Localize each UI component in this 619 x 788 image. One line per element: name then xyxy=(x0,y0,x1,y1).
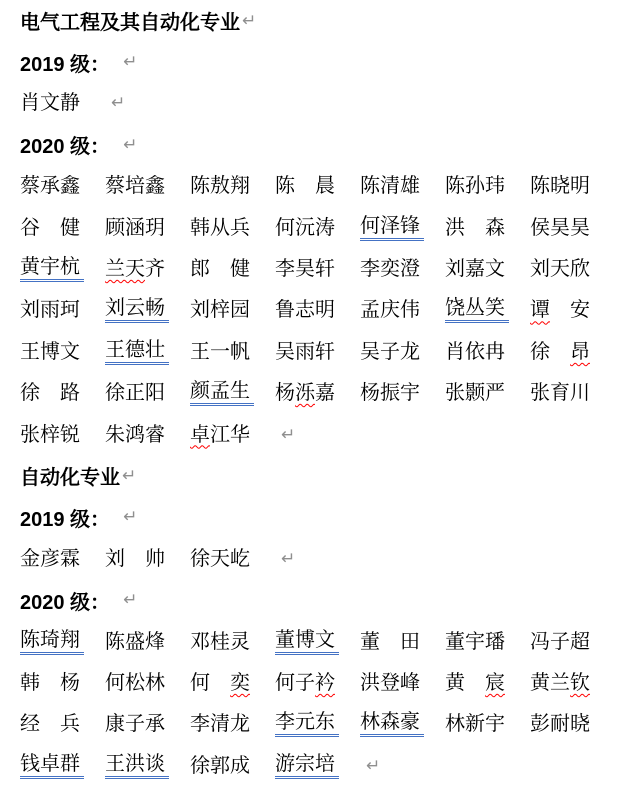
student-name: 王洪谈 xyxy=(105,753,169,779)
student-name: 徐正阳 xyxy=(105,382,169,404)
student-name: 邓桂灵 xyxy=(190,631,254,653)
student-name: 董 田 xyxy=(360,631,424,653)
student-name: 肖文静 xyxy=(20,92,84,114)
class-year-line: 2020 级：↵ xyxy=(20,124,611,165)
name-row: 刘雨珂刘云畅刘梓园鲁志明孟庆伟饶丛笑谭 安 xyxy=(20,290,611,331)
name-row: 张梓锐朱鸿睿卓江华↵ xyxy=(20,414,611,455)
name-text: 韩从兵 xyxy=(190,217,250,239)
name-text: 何泽锋 xyxy=(360,215,420,237)
section-title: 电气工程及其自动化专业 xyxy=(20,6,240,35)
student-name: 吴雨轩 xyxy=(275,341,339,363)
student-name: 王博文 xyxy=(20,341,84,363)
name-text: 孟庆伟 xyxy=(360,299,420,321)
name-text: 陈敖翔 xyxy=(190,175,250,197)
student-name: 李奕澄 xyxy=(360,258,424,280)
name-text: 徐 xyxy=(530,341,570,363)
spellcheck-squiggle-text: 卓 xyxy=(190,424,210,446)
paragraph-mark-icon: ↵ xyxy=(123,135,137,155)
name-row: 谷 健顾涵玥韩从兵何沅涛何泽锋洪 森侯昊昊 xyxy=(20,207,611,248)
name-text: 何沅涛 xyxy=(275,217,335,239)
name-text: 李元东 xyxy=(275,711,335,733)
name-row: 钱卓群王洪谈徐郭成游宗培↵ xyxy=(20,745,611,786)
student-name: 林森豪 xyxy=(360,711,424,737)
paragraph-mark-icon: ↵ xyxy=(123,590,137,610)
student-name: 陈 晨 xyxy=(275,175,339,197)
spellcheck-squiggle-text: 衿 xyxy=(315,672,335,694)
name-text: 经 兵 xyxy=(20,713,80,735)
name-text: 陈晓明 xyxy=(530,175,590,197)
spellcheck-squiggle-text: 奕 xyxy=(230,672,250,694)
name-text: 黄宇杭 xyxy=(20,256,80,278)
name-text: 何子 xyxy=(275,672,315,694)
name-text: 黄 xyxy=(445,672,485,694)
name-text: 刘云畅 xyxy=(105,297,165,319)
student-name: 陈琦翔 xyxy=(20,629,84,655)
class-year-label: 2020 级： xyxy=(20,586,110,615)
name-text: 陈 晨 xyxy=(275,175,335,197)
student-name: 徐 昂 xyxy=(530,341,594,363)
spellcheck-squiggle-text: 宸 xyxy=(485,672,505,694)
paragraph-mark-icon: ↵ xyxy=(123,507,137,527)
name-text: 朱鸿睿 xyxy=(105,424,165,446)
student-name: 徐天屹 xyxy=(190,548,254,570)
student-name: 谷 健 xyxy=(20,217,84,239)
name-text: 董博文 xyxy=(275,629,335,651)
name-text: 游宗培 xyxy=(275,753,335,775)
name-row: 王博文王德壮王一帆吴雨轩吴子龙肖依冉徐 昂 xyxy=(20,331,611,372)
name-text: 郎 健 xyxy=(190,258,250,280)
student-name: 鲁志明 xyxy=(275,299,339,321)
student-name: 何松林 xyxy=(105,672,169,694)
student-name: 蔡承鑫 xyxy=(20,175,84,197)
name-text: 吴子龙 xyxy=(360,341,420,363)
name-text: 顾涵玥 xyxy=(105,217,165,239)
name-text: 张育川 xyxy=(530,382,590,404)
paragraph-mark-icon: ↵ xyxy=(122,466,136,486)
name-text: 张颢严 xyxy=(445,382,505,404)
student-name: 金彦霖 xyxy=(20,548,84,570)
name-row: 韩 杨何松林何 奕何子衿洪登峰黄 宸黄兰钦 xyxy=(20,662,611,703)
student-name: 林新宇 xyxy=(445,713,509,735)
student-name: 韩 杨 xyxy=(20,672,84,694)
student-name: 康子承 xyxy=(105,713,169,735)
student-name: 何泽锋 xyxy=(360,215,424,241)
student-name: 李昊轩 xyxy=(275,258,339,280)
name-text: 王一帆 xyxy=(190,341,250,363)
name-text: 李昊轩 xyxy=(275,258,335,280)
name-text: 冯子超 xyxy=(530,631,590,653)
name-text: 谷 健 xyxy=(20,217,80,239)
name-text: 安 xyxy=(550,299,590,321)
student-name: 张颢严 xyxy=(445,382,509,404)
student-name: 陈清雄 xyxy=(360,175,424,197)
name-row: 黄宇杭兰天齐郎 健李昊轩李奕澄刘嘉文刘天欣 xyxy=(20,248,611,289)
student-name: 陈孙玮 xyxy=(445,175,509,197)
name-text: 徐正阳 xyxy=(105,382,165,404)
name-text: 刘雨珂 xyxy=(20,299,80,321)
name-text: 徐郭成 xyxy=(190,755,250,777)
name-text: 侯昊昊 xyxy=(530,217,590,239)
name-text: 颜孟生 xyxy=(190,380,250,402)
name-text: 康子承 xyxy=(105,713,165,735)
name-text: 齐 xyxy=(145,258,165,280)
student-name: 黄 宸 xyxy=(445,672,509,694)
student-name: 张育川 xyxy=(530,382,594,404)
student-name: 侯昊昊 xyxy=(530,217,594,239)
name-text: 陈琦翔 xyxy=(20,629,80,651)
name-text: 林新宇 xyxy=(445,713,505,735)
student-name: 郎 健 xyxy=(190,258,254,280)
class-year-line: 2019 级：↵ xyxy=(20,41,611,82)
student-name: 王一帆 xyxy=(190,341,254,363)
name-text: 董 田 xyxy=(360,631,420,653)
paragraph-mark-icon: ↵ xyxy=(281,425,295,445)
name-text: 林森豪 xyxy=(360,711,420,733)
name-text: 刘 帅 xyxy=(105,548,165,570)
student-name: 何沅涛 xyxy=(275,217,339,239)
student-name: 肖依冉 xyxy=(445,341,509,363)
name-row: 金彦霖刘 帅徐天屹↵ xyxy=(20,538,611,579)
student-name: 吴子龙 xyxy=(360,341,424,363)
name-text: 饶丛笑 xyxy=(445,297,505,319)
name-text: 张梓锐 xyxy=(20,424,80,446)
student-name: 刘天欣 xyxy=(530,258,594,280)
name-text: 杨 xyxy=(275,382,295,404)
student-name: 朱鸿睿 xyxy=(105,424,169,446)
name-text: 肖依冉 xyxy=(445,341,505,363)
student-name: 李元东 xyxy=(275,711,339,737)
student-name: 杨振宇 xyxy=(360,382,424,404)
name-text: 刘天欣 xyxy=(530,258,590,280)
student-name: 颜孟生 xyxy=(190,380,254,406)
name-text: 江华 xyxy=(210,424,250,446)
student-name: 董宇璠 xyxy=(445,631,509,653)
student-name: 刘 帅 xyxy=(105,548,169,570)
student-name: 徐郭成 xyxy=(190,755,254,777)
class-year-label: 2019 级： xyxy=(20,48,110,77)
student-name: 黄兰钦 xyxy=(530,672,594,694)
name-text: 刘梓园 xyxy=(190,299,250,321)
name-text: 王德壮 xyxy=(105,339,165,361)
name-row: 陈琦翔陈盛烽邓桂灵董博文董 田董宇璠冯子超 xyxy=(20,621,611,662)
name-text: 嘉 xyxy=(315,382,335,404)
name-text: 邓桂灵 xyxy=(190,631,250,653)
name-text: 陈盛烽 xyxy=(105,631,165,653)
name-text: 董宇璠 xyxy=(445,631,505,653)
student-name: 经 兵 xyxy=(20,713,84,735)
name-text: 钱卓群 xyxy=(20,753,80,775)
student-name: 董博文 xyxy=(275,629,339,655)
name-text: 李清龙 xyxy=(190,713,250,735)
name-text: 鲁志明 xyxy=(275,299,335,321)
section-title: 自动化专业 xyxy=(20,461,120,490)
name-text: 何 xyxy=(190,672,230,694)
student-name: 卓江华 xyxy=(190,424,254,446)
name-text: 陈孙玮 xyxy=(445,175,505,197)
student-name: 彭耐晓 xyxy=(530,713,594,735)
student-name: 张梓锐 xyxy=(20,424,84,446)
spellcheck-squiggle-text: 泺 xyxy=(295,382,315,404)
name-text: 洪登峰 xyxy=(360,672,420,694)
document[interactable]: 电气工程及其自动化专业↵2019 级：↵肖文静↵2020 级：↵蔡承鑫蔡培鑫陈敖… xyxy=(0,0,619,788)
student-name: 王德壮 xyxy=(105,339,169,365)
name-text: 王洪谈 xyxy=(105,753,165,775)
name-text: 洪 森 xyxy=(445,217,505,239)
student-name: 韩从兵 xyxy=(190,217,254,239)
student-name: 孟庆伟 xyxy=(360,299,424,321)
student-name: 洪 森 xyxy=(445,217,509,239)
paragraph-mark-icon: ↵ xyxy=(366,756,380,776)
name-text: 杨振宇 xyxy=(360,382,420,404)
name-text: 王博文 xyxy=(20,341,80,363)
spellcheck-squiggle-text: 谭 xyxy=(530,299,550,321)
student-name: 刘云畅 xyxy=(105,297,169,323)
student-name: 陈盛烽 xyxy=(105,631,169,653)
paragraph-mark-icon: ↵ xyxy=(281,549,295,569)
class-year-label: 2020 级： xyxy=(20,130,110,159)
spellcheck-squiggle-text: 兰天 xyxy=(105,258,145,280)
name-row: 经 兵康子承李清龙李元东林森豪林新宇彭耐晓 xyxy=(20,704,611,745)
student-name: 饶丛笑 xyxy=(445,297,509,323)
class-year-label: 2019 级： xyxy=(20,503,110,532)
name-row: 肖文静↵ xyxy=(20,83,611,124)
spellcheck-squiggle-text: 昂 xyxy=(570,341,590,363)
student-name: 冯子超 xyxy=(530,631,594,653)
student-name: 钱卓群 xyxy=(20,753,84,779)
student-name: 李清龙 xyxy=(190,713,254,735)
student-name: 何子衿 xyxy=(275,672,339,694)
section-title-line: 电气工程及其自动化专业↵ xyxy=(20,0,611,41)
name-text: 肖文静 xyxy=(20,92,80,114)
student-name: 兰天齐 xyxy=(105,258,169,280)
name-text: 蔡培鑫 xyxy=(105,175,165,197)
student-name: 杨泺嘉 xyxy=(275,382,339,404)
student-name: 何 奕 xyxy=(190,672,254,694)
name-text: 刘嘉文 xyxy=(445,258,505,280)
name-row: 蔡承鑫蔡培鑫陈敖翔陈 晨陈清雄陈孙玮陈晓明 xyxy=(20,166,611,207)
name-text: 李奕澄 xyxy=(360,258,420,280)
student-name: 刘嘉文 xyxy=(445,258,509,280)
class-year-line: 2019 级：↵ xyxy=(20,497,611,538)
name-text: 黄兰 xyxy=(530,672,570,694)
student-name: 洪登峰 xyxy=(360,672,424,694)
name-text: 吴雨轩 xyxy=(275,341,335,363)
name-text: 韩 杨 xyxy=(20,672,80,694)
student-name: 陈晓明 xyxy=(530,175,594,197)
student-name: 谭 安 xyxy=(530,299,594,321)
student-name: 陈敖翔 xyxy=(190,175,254,197)
name-text: 蔡承鑫 xyxy=(20,175,80,197)
name-text: 何松林 xyxy=(105,672,165,694)
name-text: 徐天屹 xyxy=(190,548,250,570)
paragraph-mark-icon: ↵ xyxy=(123,52,137,72)
student-name: 蔡培鑫 xyxy=(105,175,169,197)
student-name: 黄宇杭 xyxy=(20,256,84,282)
name-text: 彭耐晓 xyxy=(530,713,590,735)
name-text: 陈清雄 xyxy=(360,175,420,197)
student-name: 徐 路 xyxy=(20,382,84,404)
student-name: 顾涵玥 xyxy=(105,217,169,239)
spellcheck-squiggle-text: 钦 xyxy=(570,672,590,694)
student-name: 刘梓园 xyxy=(190,299,254,321)
name-text: 金彦霖 xyxy=(20,548,80,570)
student-name: 刘雨珂 xyxy=(20,299,84,321)
name-text: 徐 路 xyxy=(20,382,80,404)
paragraph-mark-icon: ↵ xyxy=(111,93,125,113)
name-row: 徐 路徐正阳颜孟生杨泺嘉杨振宇张颢严张育川 xyxy=(20,373,611,414)
class-year-line: 2020 级：↵ xyxy=(20,579,611,620)
section-title-line: 自动化专业↵ xyxy=(20,455,611,496)
paragraph-mark-icon: ↵ xyxy=(242,11,256,31)
student-name: 游宗培 xyxy=(275,753,339,779)
